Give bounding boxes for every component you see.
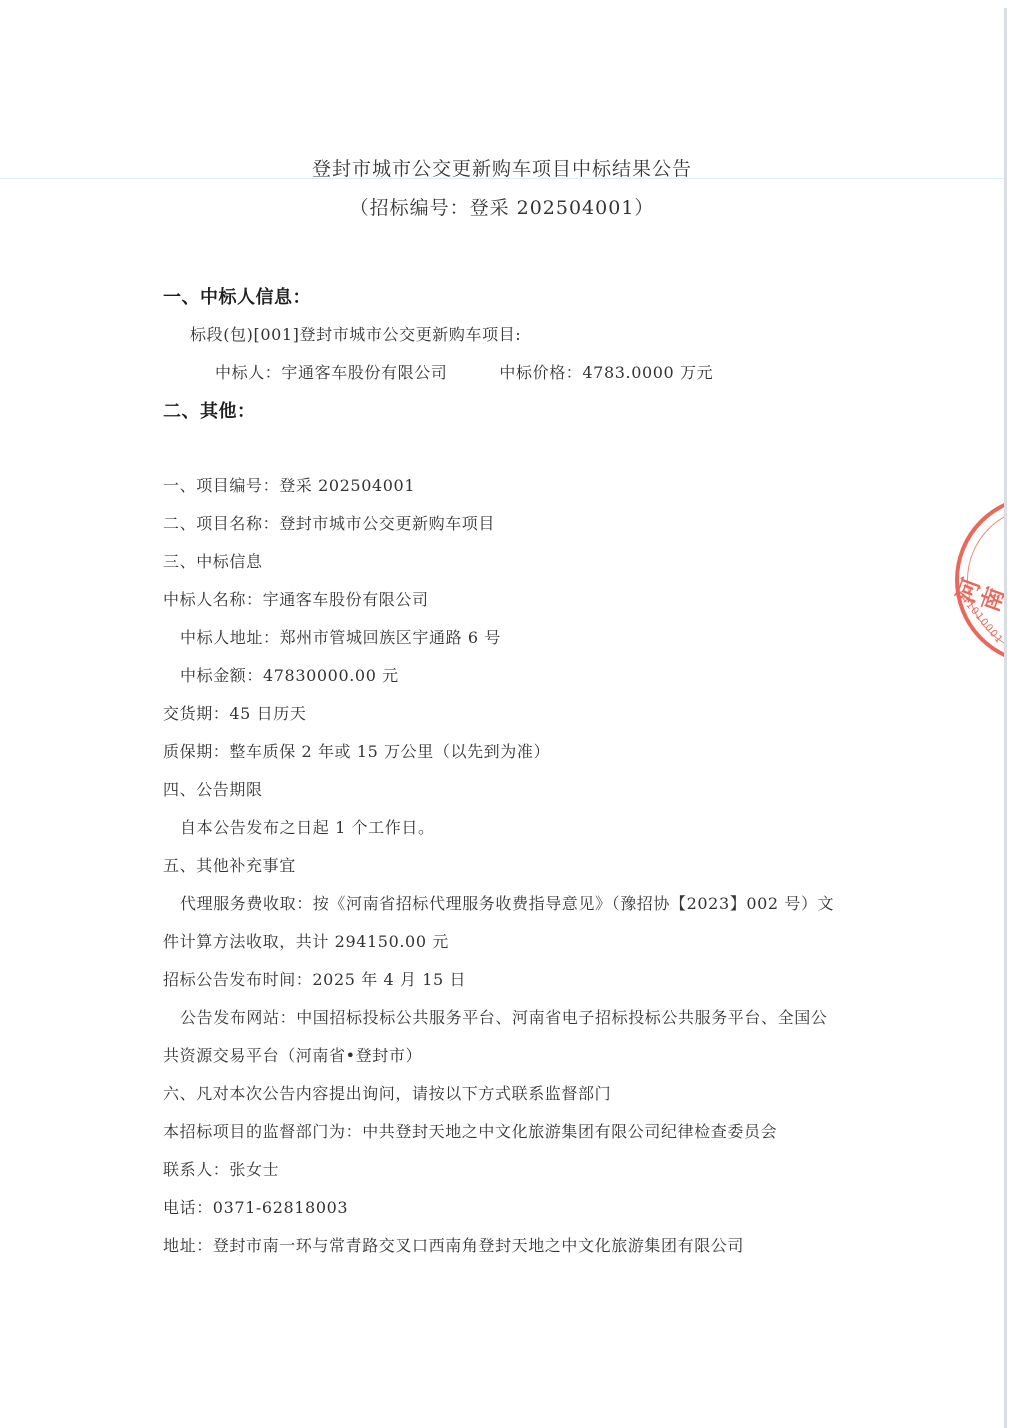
scan-edge-line (1004, 8, 1007, 1428)
contact-phone: 电话：0371-62818003 (163, 1195, 348, 1218)
contact-address: 地址：登封市南一环与常青路交叉口西南角登封天地之中文化旅游集团有限公司 (163, 1233, 744, 1256)
publish-time: 招标公告发布时间：2025 年 4 月 15 日 (163, 967, 466, 990)
winner-name: 中标人名称：宇通客车股份有限公司 (163, 587, 429, 610)
other-matters-heading: 五、其他补充事宜 (163, 853, 296, 876)
award-amount: 中标金额：47830000.00 元 (180, 663, 399, 686)
publish-website-line-2: 共资源交易平台（河南省•登封市） (163, 1043, 422, 1066)
lot-description: 标段(包)[001]登封市城市公交更新购车项目: (190, 322, 521, 345)
page-canvas: 登封市城市公交更新购车项目中标结果公告 （招标编号：登采 202504001） … (0, 0, 1004, 1428)
agency-fee-line-1: 代理服务费收取：按《河南省招标代理服务收费指导意见》（豫招协【2023】002 … (180, 891, 834, 914)
document-title: 登封市城市公交更新购车项目中标结果公告 (0, 154, 1004, 181)
winner-address: 中标人地址：郑州市管城回族区宇通路 6 号 (180, 625, 501, 648)
price-label: 中标价格：4783.0000 万元 (499, 363, 713, 382)
delivery-period: 交货期：45 日历天 (163, 701, 306, 724)
inquiry-heading: 六、凡对本次公告内容提出询问，请按以下方式联系监督部门 (163, 1081, 611, 1104)
section-heading-other: 二、其他： (163, 397, 256, 423)
contact-person: 联系人：张女士 (163, 1157, 279, 1180)
notice-period-heading: 四、公告期限 (163, 777, 263, 800)
official-seal-stamp: 河南省 41010001 (955, 495, 1004, 665)
award-info-heading: 三、中标信息 (163, 549, 263, 572)
supervisor-department: 本招标项目的监督部门为：中共登封天地之中文化旅游集团有限公司纪律检查委员会 (163, 1119, 777, 1142)
agency-fee-line-2: 件计算方法收取，共计 294150.00 元 (163, 929, 449, 952)
winner-price-row: 中标人：宇通客车股份有限公司中标价格：4783.0000 万元 (215, 360, 713, 383)
document-subtitle: （招标编号：登采 202504001） (0, 193, 1004, 220)
warranty-period: 质保期：整车质保 2 年或 15 万公里（以先到为准） (163, 739, 550, 762)
notice-period: 自本公告发布之日起 1 个工作日。 (180, 815, 435, 838)
winner-label: 中标人：宇通客车股份有限公司 (215, 363, 447, 382)
project-name: 二、项目名称：登封市城市公交更新购车项目 (163, 511, 495, 534)
section-heading-winner-info: 一、中标人信息： (163, 283, 311, 309)
publish-website-line-1: 公告发布网站：中国招标投标公共服务平台、河南省电子招标投标公共服务平台、全国公 (180, 1005, 827, 1028)
project-number: 一、项目编号：登采 202504001 (163, 473, 415, 496)
